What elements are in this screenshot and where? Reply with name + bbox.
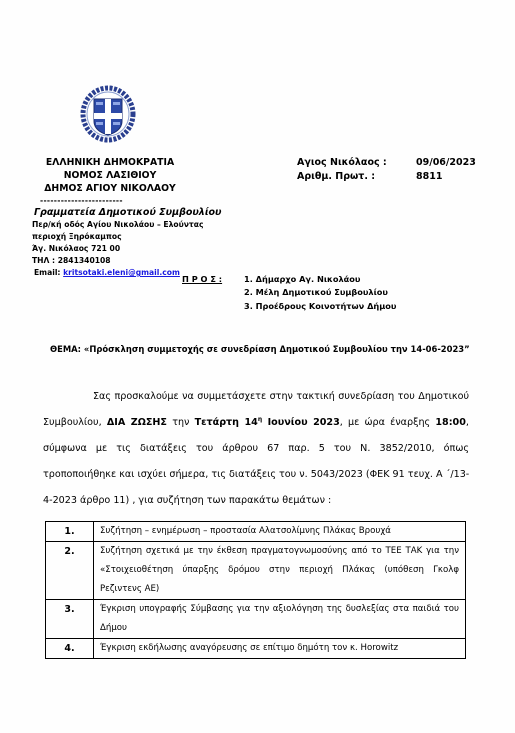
body-text: , xyxy=(466,417,469,428)
org-header: ΕΛΛΗΝΙΚΗ ΔΗΜΟΚΡΑΤΙΑ ΝΟΜΟΣ ΛΑΣΙΘΙΟΥ ΔΗΜΟΣ… xyxy=(20,156,200,195)
department-name: Γραμματεία Δημοτικού Συμβουλίου xyxy=(34,207,221,218)
agenda-item-text: Έγκριση εκδήλωσης αναγόρευσης σε επίτιμο… xyxy=(94,639,466,659)
agenda-row: 3.Έγκριση υπογραφής Σύμβασης για την αξι… xyxy=(46,600,466,639)
address-block: Περ/κή οδός Αγίου Νικολάου – Ελούντας πε… xyxy=(32,219,203,267)
agenda-row: 4.Έγκριση εκδήλωσης αναγόρευσης σε επίτι… xyxy=(46,639,466,659)
agenda-item-line: «Στοιχειοθέτηση ύπαρξης δρόμου στην περι… xyxy=(100,561,459,580)
agenda-item-line: Συζήτηση σχετικά με την έκθεση πραγματογ… xyxy=(100,542,459,561)
address-line: Περ/κή οδός Αγίου Νικολάου – Ελούντας xyxy=(32,219,203,231)
agenda-item-number: 2. xyxy=(46,542,94,600)
place-label: Αγιος Νικόλαος : xyxy=(297,156,387,170)
recipient-item: 3. Προέδρους Κοινοτήτων Δήμου xyxy=(244,300,396,313)
body-line-5: 4-2023 άρθρο 11) , για συζήτηση των παρα… xyxy=(43,488,469,514)
org-line: ΝΟΜΟΣ ΛΑΣΙΘΙΟΥ xyxy=(20,169,200,182)
agenda-row: 2.Συζήτηση σχετικά με την έκθεση πραγματ… xyxy=(46,542,466,600)
agenda-item-line: Συζήτηση – ενημέρωση – προστασία Αλατσολ… xyxy=(100,522,459,541)
meeting-time: 18:00 xyxy=(435,417,466,428)
agenda-item-number: 1. xyxy=(46,522,94,542)
recipients-label: Π Ρ Ο Σ : xyxy=(182,273,222,286)
recipients-list: 1. Δήμαρχο Αγ. Νικολάου 2. Μέλη Δημοτικο… xyxy=(244,273,396,313)
document-date: 09/06/2023 xyxy=(416,156,476,170)
body-line-1: Σας προσκαλούμε να συμμετάσχετε στην τακ… xyxy=(43,384,469,410)
recipient-item: 2. Μέλη Δημοτικού Συμβουλίου xyxy=(244,286,396,299)
agenda-item-number: 4. xyxy=(46,639,94,659)
protocol-label: Αριθμ. Πρωτ. : xyxy=(297,170,375,184)
org-line: ΔΗΜΟΣ ΑΓΙΟΥ ΝΙΚΟΛΑΟΥ xyxy=(20,182,200,195)
meeting-mode: ΔΙΑ ΖΩΣΗΣ xyxy=(107,417,167,428)
agenda-item-text: Συζήτηση – ενημέρωση – προστασία Αλατσολ… xyxy=(94,522,466,542)
phone-line: ΤΗΛ : 2841340108 xyxy=(32,255,203,267)
address-line: περιοχή Ξηρόκαμπος xyxy=(32,231,203,243)
ordinal-suffix: η xyxy=(258,416,262,423)
agenda-row: 1.Συζήτηση – ενημέρωση – προστασία Αλατσ… xyxy=(46,522,466,542)
meeting-date: Τετάρτη 14η Ιουνίου 2023 xyxy=(195,417,340,428)
agenda-item-text: Έγκριση υπογραφής Σύμβασης για την αξιολ… xyxy=(94,600,466,639)
agenda-item-line: Ρεζιντενς ΑΕ) xyxy=(100,580,459,599)
email-line: Email: kritsotaki.eleni@gmail.com xyxy=(34,267,180,279)
email-link[interactable]: kritsotaki.eleni@gmail.com xyxy=(63,268,180,277)
email-label: Email: xyxy=(34,268,60,277)
body-text: Συμβουλίου, xyxy=(43,417,102,428)
separator: ------------------------ xyxy=(40,195,123,207)
org-line: ΕΛΛΗΝΙΚΗ ΔΗΜΟΚΡΑΤΙΑ xyxy=(20,156,200,169)
agenda-item-line: Έγκριση υπογραφής Σύμβασης για την αξιολ… xyxy=(100,600,459,619)
protocol-number: 8811 xyxy=(416,170,442,184)
body-text: , με ώρα έναρξης xyxy=(340,417,430,428)
agenda-item-text: Συζήτηση σχετικά με την έκθεση πραγματογ… xyxy=(94,542,466,600)
agenda-item-line: Έγκριση εκδήλωσης αναγόρευσης σε επίτιμο… xyxy=(100,639,459,658)
body-line-4: τροποποιήθηκε και ισχύει σήμερα, τις δια… xyxy=(43,462,469,488)
body-line-2: Συμβουλίου, ΔΙΑ ΖΩΣΗΣ την Τετάρτη 14η Ιο… xyxy=(43,410,469,436)
address-line: Άγ. Νικόλαος 721 00 xyxy=(32,243,203,255)
meeting-month: Ιουνίου 2023 xyxy=(268,417,340,428)
recipient-item: 1. Δήμαρχο Αγ. Νικολάου xyxy=(244,273,396,286)
meeting-day: Τετάρτη 14 xyxy=(195,417,258,428)
agenda-item-line: Δήμου xyxy=(100,619,459,638)
body-line-3: σύμφωνα με τις διατάξεις του άρθρου 67 π… xyxy=(43,436,469,462)
subject-line: ΘΕΜΑ: «Πρόσκληση συμμετοχής σε συνεδρίασ… xyxy=(50,344,470,354)
body-text: Σας προσκαλούμε να συμμετάσχετε στην τακ… xyxy=(93,391,469,402)
greek-emblem-icon xyxy=(80,85,136,143)
body-paragraph: Σας προσκαλούμε να συμμετάσχετε στην τακ… xyxy=(43,384,469,514)
body-text: την xyxy=(172,417,189,428)
agenda-item-number: 3. xyxy=(46,600,94,639)
agenda-table: 1.Συζήτηση – ενημέρωση – προστασία Αλατσ… xyxy=(45,521,466,659)
